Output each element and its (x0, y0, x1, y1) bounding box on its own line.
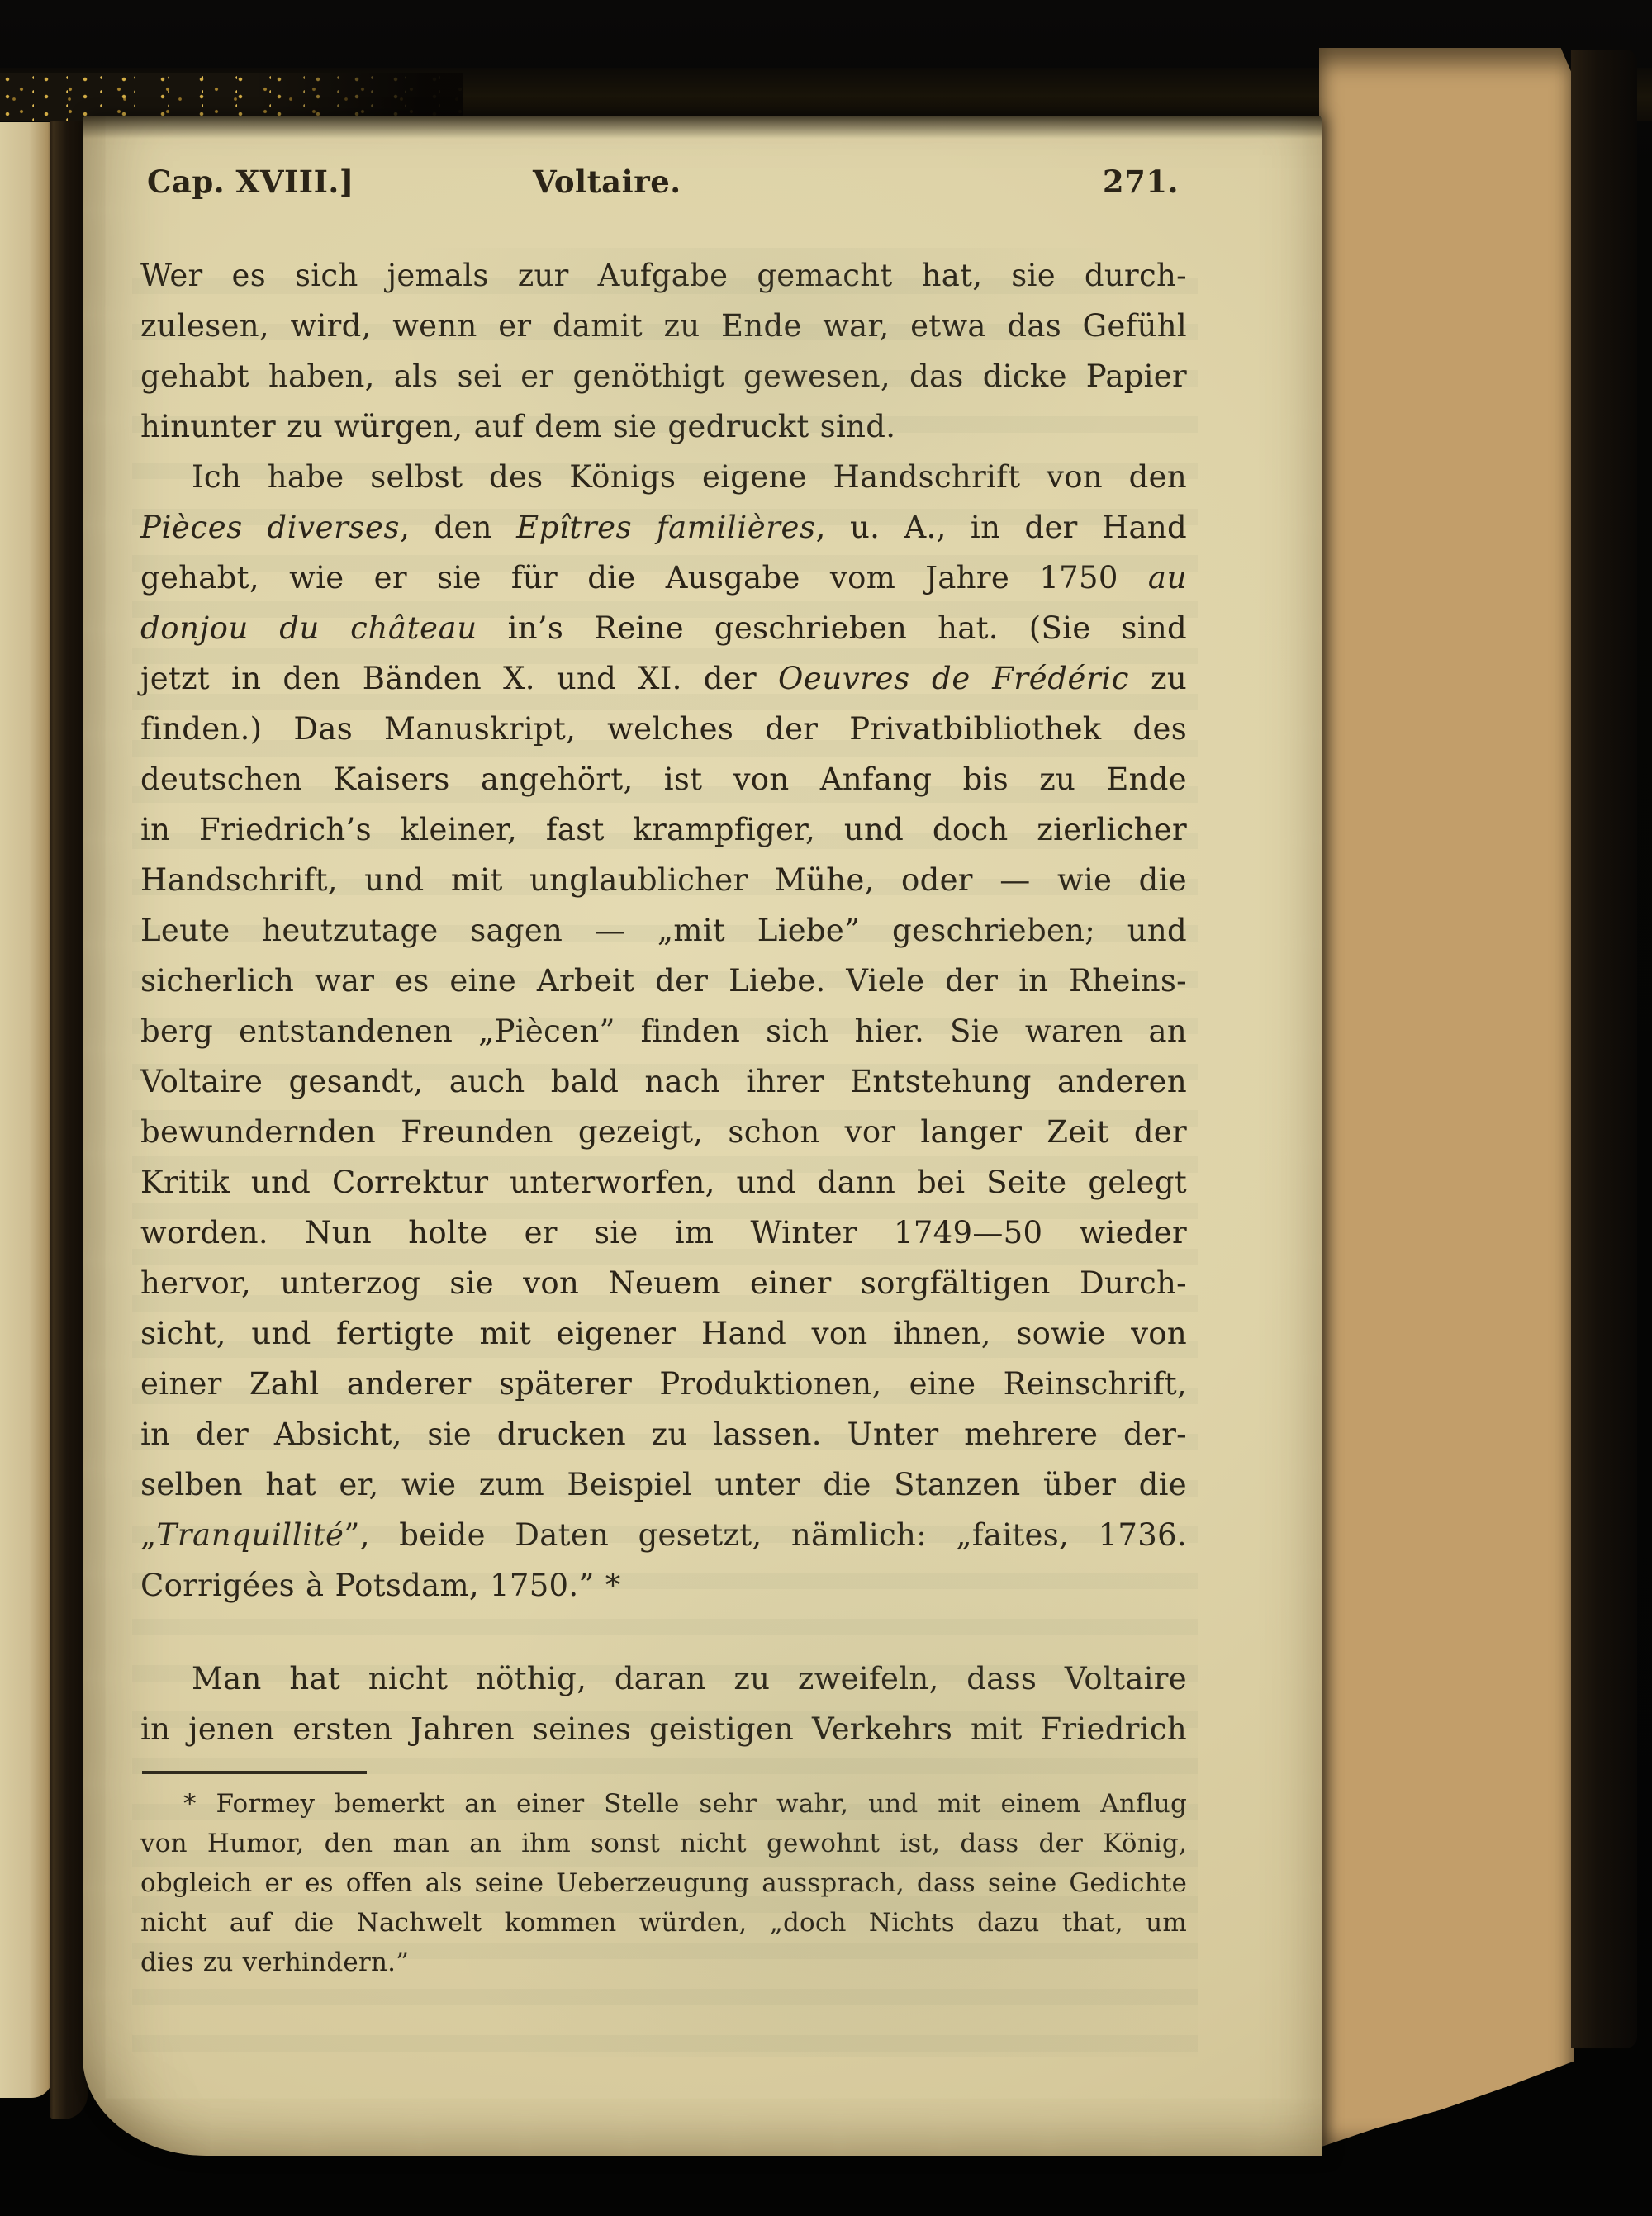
text-line: obgleich er es offen als seine Ueberzeug… (140, 1863, 1187, 1903)
text-line: * Formey bemerkt an einer Stelle sehr wa… (140, 1784, 1187, 1824)
paragraph: Ich habe selbst des Königs eigene Handsc… (140, 452, 1187, 1611)
text-line: jetzt in den Bänden X. und XI. der Oeuvr… (140, 653, 1187, 704)
text-line: Pièces diverses, den Epîtres familières,… (140, 502, 1187, 553)
text-run: bewundernden Freunden gezeigt, schon vor… (140, 1114, 1187, 1150)
text-run: Ich habe selbst des Königs eigene Handsc… (192, 459, 1187, 495)
footnote-separator-rule (142, 1771, 367, 1774)
text-line: dies zu verhindern.” (140, 1943, 1187, 1982)
italic-text: Oeuvres de Frédéric (778, 661, 1129, 696)
text-run: Kritik und Correktur unterworfen, und da… (140, 1165, 1187, 1200)
italic-text: donjou du château (140, 610, 477, 646)
text-run: deutschen Kaisers angehört, ist von Anfa… (140, 762, 1187, 797)
text-line: in jenen ersten Jahren seines geistigen … (140, 1704, 1187, 1754)
text-run: Corrigées à Potsdam, 1750.” * (140, 1568, 621, 1603)
cover-board-edge (1571, 50, 1637, 2048)
chapter-label: Cap. XVIII.] (147, 164, 354, 200)
text-run: Wer es sich jemals zur Aufgabe gemacht h… (140, 258, 1187, 293)
text-run: finden.) Das Manuskript, welches der Pri… (140, 711, 1187, 747)
text-run: in jenen ersten Jahren seines geistigen … (140, 1711, 1187, 1747)
italic-text: Pièces diverses (140, 510, 400, 545)
text-run: in Friedrich’s kleiner, fast krampfiger,… (140, 812, 1187, 847)
text-run: „ (140, 1517, 156, 1553)
text-line: in der Absicht, sie drucken zu lassen. U… (140, 1409, 1187, 1459)
text-line: worden. Nun holte er sie im Winter 1749—… (140, 1208, 1187, 1258)
footnote: * Formey bemerkt an einer Stelle sehr wa… (140, 1784, 1187, 1982)
running-title: Voltaire. (533, 164, 681, 200)
text-line: Ich habe selbst des Königs eigene Handsc… (140, 452, 1187, 502)
text-run: in’s Reine geschrieben hat. (Sie sind (477, 610, 1187, 646)
text-run: sicherlich war es eine Arbeit der Liebe.… (140, 963, 1187, 999)
text-line: Kritik und Correktur unterworfen, und da… (140, 1157, 1187, 1208)
text-line: donjou du château in’s Reine geschrieben… (140, 603, 1187, 653)
page-number: 271. (1103, 164, 1179, 200)
text-run: in der Absicht, sie drucken zu lassen. U… (140, 1416, 1187, 1452)
text-line: gehabt, wie er sie für die Ausgabe vom J… (140, 553, 1187, 603)
book-page: Cap. XVIII.] Voltaire. 271. Wer es sich … (83, 116, 1322, 2156)
text-line: bewundernden Freunden gezeigt, schon vor… (140, 1107, 1187, 1157)
text-run: * Formey bemerkt an einer Stelle sehr wa… (183, 1789, 1187, 1819)
text-line: deutschen Kaisers angehört, ist von Anfa… (140, 754, 1187, 804)
text-line: Wer es sich jemals zur Aufgabe gemacht h… (140, 250, 1187, 301)
book-scan: Cap. XVIII.] Voltaire. 271. Wer es sich … (0, 0, 1652, 2216)
left-page-edge (0, 122, 53, 2098)
text-line: „Tranquillité”, beide Daten gesetzt, näm… (140, 1510, 1187, 1560)
text-run: von Humor, den man an ihm sonst nicht ge… (140, 1829, 1187, 1858)
running-header: Cap. XVIII.] Voltaire. 271. (147, 164, 1185, 206)
text-line: einer Zahl anderer späterer Produktionen… (140, 1359, 1187, 1409)
text-run: obgleich er es offen als seine Ueberzeug… (140, 1868, 1187, 1898)
text-run: berg entstandenen „Piècen” finden sich h… (140, 1013, 1187, 1049)
text-run: worden. Nun holte er sie im Winter 1749—… (140, 1215, 1187, 1250)
text-line: finden.) Das Manuskript, welches der Pri… (140, 704, 1187, 754)
text-run: Leute heutzutage sagen — „mit Liebe” ges… (140, 913, 1187, 948)
text-line: von Humor, den man an ihm sonst nicht ge… (140, 1824, 1187, 1863)
text-run: einer Zahl anderer späterer Produktionen… (140, 1366, 1187, 1402)
gold-speckled-headband (0, 73, 463, 121)
text-run: gehabt haben, als sei er genöthigt gewes… (140, 358, 1187, 394)
text-line: Handschrift, und mit unglaublicher Mühe,… (140, 855, 1187, 905)
italic-text: au (1148, 560, 1187, 596)
marbled-fore-edge (1319, 48, 1574, 2147)
text-line: selben hat er, wie zum Beispiel unter di… (140, 1459, 1187, 1510)
text-run: gehabt, wie er sie für die Ausgabe vom J… (140, 560, 1148, 596)
text-run: selben hat er, wie zum Beispiel unter di… (140, 1467, 1187, 1502)
text-run: sicht, und fertigte mit eigener Hand von… (140, 1316, 1187, 1351)
text-line: Voltaire gesandt, auch bald nach ihrer E… (140, 1056, 1187, 1107)
text-line: gehabt haben, als sei er genöthigt gewes… (140, 351, 1187, 401)
paragraph: Wer es sich jemals zur Aufgabe gemacht h… (140, 250, 1187, 452)
text-run: nicht auf die Nachwelt kommen würden, „d… (140, 1908, 1187, 1938)
text-line: berg entstandenen „Piècen” finden sich h… (140, 1006, 1187, 1056)
text-line: hervor, unterzog sie von Neuem einer sor… (140, 1258, 1187, 1308)
text-run: , den (400, 510, 516, 545)
text-run: dies zu verhindern.” (140, 1948, 409, 1977)
text-run: Handschrift, und mit unglaublicher Mühe,… (140, 862, 1187, 898)
text-line: Corrigées à Potsdam, 1750.” * (140, 1560, 1187, 1611)
text-run: zu (1129, 661, 1187, 696)
text-run: jetzt in den Bänden X. und XI. der (140, 661, 778, 696)
text-run: Man hat nicht nöthig, daran zu zweifeln,… (192, 1661, 1187, 1696)
text-line: sicherlich war es eine Arbeit der Liebe.… (140, 956, 1187, 1006)
page-content: Wer es sich jemals zur Aufgabe gemacht h… (140, 250, 1187, 1982)
text-line: in Friedrich’s kleiner, fast krampfiger,… (140, 804, 1187, 855)
text-run: hinunter zu würgen, auf dem sie gedruckt… (140, 409, 895, 444)
italic-text: Epîtres familières (516, 510, 816, 545)
text-run: Voltaire gesandt, auch bald nach ihrer E… (140, 1064, 1187, 1099)
text-line: hinunter zu würgen, auf dem sie gedruckt… (140, 401, 1187, 452)
text-line: nicht auf die Nachwelt kommen würden, „d… (140, 1903, 1187, 1943)
paragraph: Man hat nicht nöthig, daran zu zweifeln,… (140, 1654, 1187, 1754)
text-run: ”, beide Daten gesetzt, nämlich: „faites… (344, 1517, 1187, 1553)
italic-text: Tranquillité (156, 1517, 344, 1553)
text-run: hervor, unterzog sie von Neuem einer sor… (140, 1265, 1187, 1301)
text-run: , u. A., in der Hand (816, 510, 1187, 545)
text-line: sicht, und fertigte mit eigener Hand von… (140, 1308, 1187, 1359)
text-run: zulesen, wird, wenn er damit zu Ende war… (140, 308, 1187, 344)
text-line: zulesen, wird, wenn er damit zu Ende war… (140, 301, 1187, 351)
text-line: Leute heutzutage sagen — „mit Liebe” ges… (140, 905, 1187, 956)
text-line: Man hat nicht nöthig, daran zu zweifeln,… (140, 1654, 1187, 1704)
